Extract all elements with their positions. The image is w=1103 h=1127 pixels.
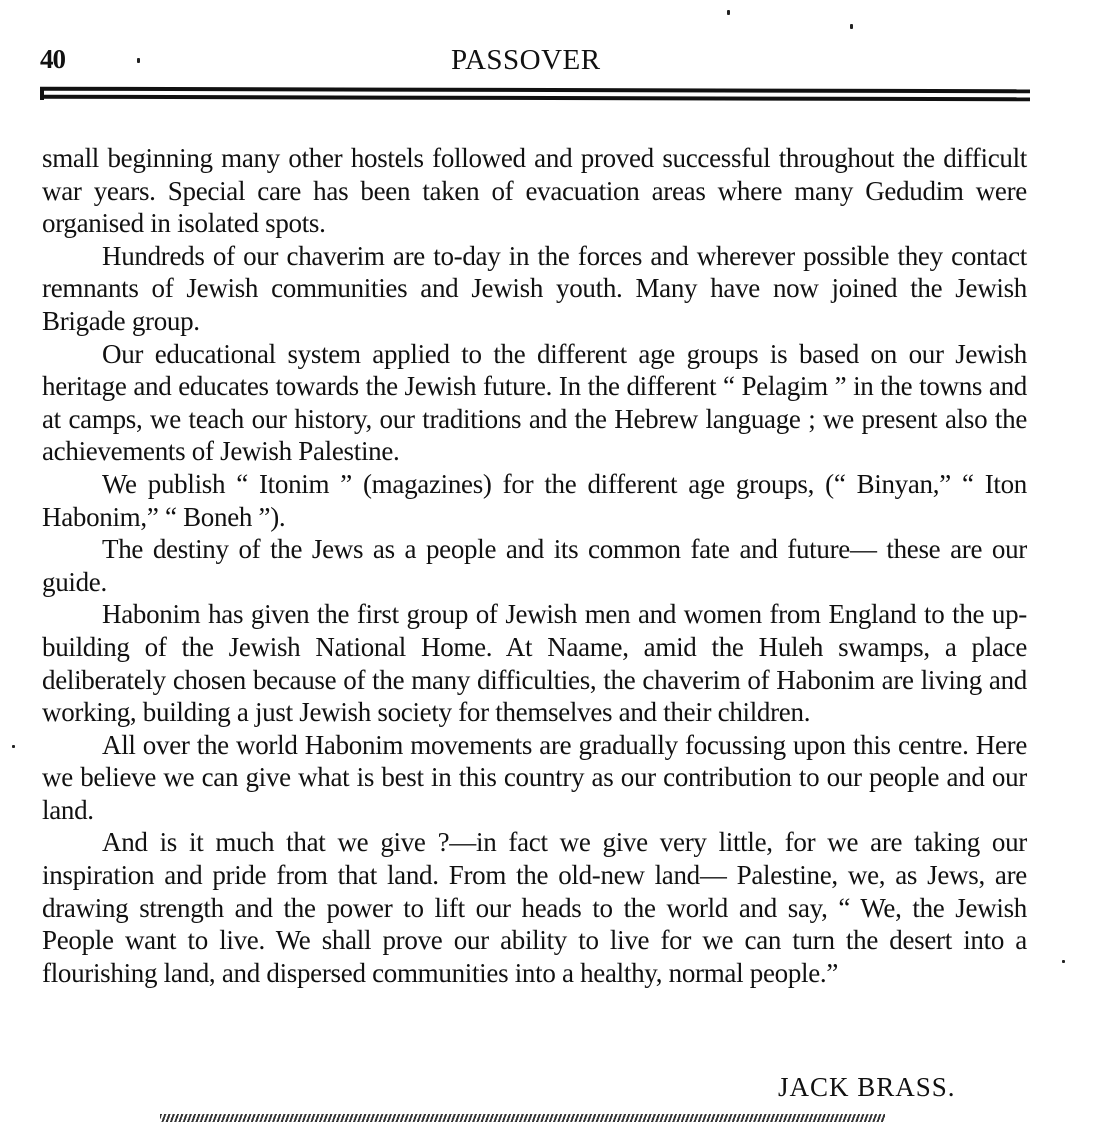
paragraph-3: Our educational system applied to the di… [42, 338, 1027, 468]
print-speck [1062, 960, 1065, 963]
header-rule-top [40, 87, 1030, 94]
print-speck [12, 745, 15, 748]
paragraph-8: And is it much that we give ?—in fact we… [42, 826, 1027, 989]
header-double-rule [40, 88, 1030, 104]
document-page: 40 PASSOVER small beginning many other h… [0, 0, 1103, 1127]
paragraph-6: Habonim has given the first group of Jew… [42, 598, 1027, 728]
article-body: small beginning many other hostels follo… [42, 142, 1027, 989]
paragraph-2: Hundreds of our chaverim are to-day in t… [42, 240, 1027, 338]
page-number: 40 [40, 44, 65, 75]
running-head: 40 PASSOVER [40, 42, 1030, 82]
paragraph-4: We publish “ Itonim ” (magazines) for th… [42, 468, 1027, 533]
paragraph-1: small beginning many other hostels follo… [42, 142, 1027, 240]
header-rule-cap [40, 88, 44, 100]
paragraph-5: The destiny of the Jews as a people and … [42, 533, 1027, 598]
print-speck [727, 10, 730, 15]
print-speck [137, 58, 140, 63]
author-signature: JACK BRASS. [778, 1072, 956, 1103]
running-title: PASSOVER [451, 44, 601, 77]
print-speck [850, 24, 853, 29]
paragraph-7: All over the world Habonim movements are… [42, 729, 1027, 827]
footer-decorative-rule [160, 1114, 885, 1122]
header-rule-bottom [40, 95, 1030, 102]
